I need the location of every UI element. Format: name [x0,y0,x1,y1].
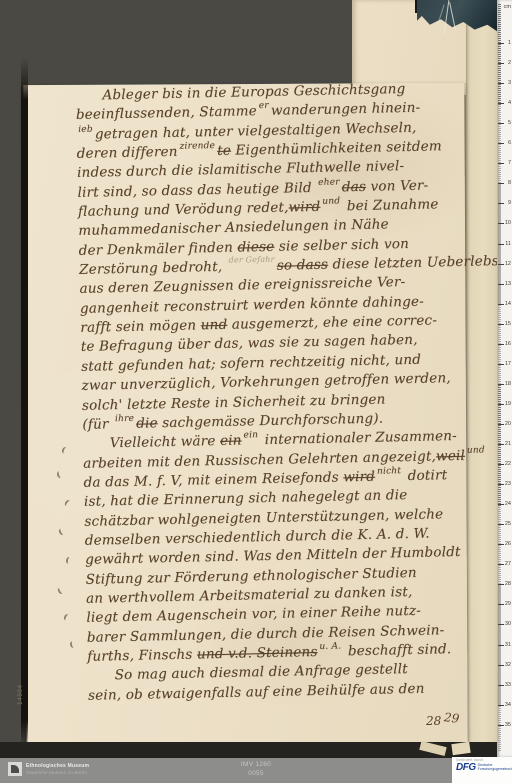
ruler-cm-label: 6 [508,141,511,146]
ruler-cm-tick [498,304,504,305]
ruler-cm-tick [498,504,504,505]
ink-smudge [65,557,72,565]
ruler-cm-tick [498,564,504,565]
ruler-cm-label: 32 [505,663,511,668]
ruler-cm-label: 19 [505,402,511,407]
ruler-cm-label: 33 [505,683,511,688]
ruler-cm-label: 11 [505,242,511,247]
page-left-edge-shadow [21,58,28,748]
archival-scan-viewport: Ableger bis in die Europas Geschichtsgan… [0,0,512,783]
ruler-cm-label: 18 [505,382,511,387]
page-number-current: 28 [426,714,441,728]
ruler-cm-label: 26 [505,542,511,547]
scan-footer-bar: Ethnologisches Museum Staatliche Museen … [0,758,512,783]
ruler-cm-tick [498,665,504,666]
ruler-cm-label: 22 [505,462,511,467]
ruler-cm-label: 12 [505,262,511,267]
ruler-cm-tick [498,203,504,204]
manuscript-page: Ableger bis in die Europas Geschichtsgan… [23,83,467,745]
ruler-cm-tick [498,524,504,525]
ruler-cm-tick [498,324,504,325]
ruler-cm-label: 23 [505,482,511,487]
ruler-cm-label: 29 [505,602,511,607]
ruler-cm-tick [498,705,504,706]
handwritten-text-block: Ableger bis in die Europas Geschichtsgan… [75,79,470,706]
ruler-cm-tick [498,183,504,184]
item-id: IMV 1260 [0,760,512,769]
ruler-cm-label: 30 [505,622,511,627]
ruler-cm-label: 9 [508,201,511,206]
ruler-cm-label: 10 [505,221,511,226]
cm-ruler: cm 1234567891011121314151617181920212223… [497,0,512,757]
ruler-cm-tick [498,384,504,385]
ruler-unit-label: cm [504,4,511,10]
ruler-cm-tick [498,284,504,285]
ruler-cm-label: 14 [505,302,511,307]
scan-page-id: 0055 [0,769,512,778]
dfg-logo: Gefördert durch DFG Deutsche Forschungsg… [452,757,512,783]
ruler-cm-label: 34 [505,703,511,708]
ruler-cm-label: 4 [508,101,511,106]
ruler-cm-tick [498,83,504,84]
ruler-cm-label: 28 [505,582,511,587]
ruler-cm-label: 13 [505,282,511,287]
dfg-name-line2: Forschungsgemeinschaft [478,767,512,771]
ruler-cm-label: 31 [505,643,511,648]
ruler-cm-label: 17 [505,362,511,367]
ruler-cm-label: 2 [508,61,511,66]
ruler-cm-label: 35 [505,723,511,728]
ruler-cm-tick [498,223,504,224]
ruler-cm-tick [498,685,504,686]
ruler-cm-label: 21 [505,442,511,447]
ruler-cm-label: 15 [505,322,511,327]
ruler-cm-label: 16 [505,342,511,347]
ruler-cm-tick [498,464,504,465]
ruler-cm-tick [498,444,504,445]
page-number-next: 29 [443,710,460,726]
ruler-cm-tick [498,264,504,265]
ruler-cm-tick [498,584,504,585]
ruler-cm-label: 5 [508,121,511,126]
ruler-cm-label: 25 [505,522,511,527]
ruler-cm-tick [498,404,504,405]
ruler-cm-tick [498,604,504,605]
ruler-cm-label: 24 [505,502,511,507]
ruler-cm-tick [498,163,504,164]
ruler-cm-tick [498,103,504,104]
ruler-cm-label: 27 [505,562,511,567]
ruler-cm-label: 20 [505,422,511,427]
ruler-cm-tick [498,725,504,726]
ruler-cm-tick [498,344,504,345]
ruler-cm-tick [498,544,504,545]
ruler-cm-tick [498,123,504,124]
ruler-cm-label: 7 [508,161,511,166]
dfg-acronym: DFG [456,763,476,773]
ruler-cm-tick [498,645,504,646]
ruler-cm-tick [498,364,504,365]
ruler-cm-tick [498,43,504,44]
scan-identifiers: IMV 1260 0055 [0,760,512,778]
ruler-cm-label: 3 [508,81,511,86]
ruler-cm-label: 1 [508,41,511,46]
ruler-cm-tick [498,143,504,144]
ruler-cm-label: 8 [508,181,511,186]
ruler-cm-tick [498,244,504,245]
ink-smudge [69,641,76,649]
ruler-cm-tick [498,624,504,625]
ruler-cm-tick [498,424,504,425]
ruler-cm-tick [498,484,504,485]
margin-pencil-number: 14604 [17,665,24,705]
ruler-cm-tick [498,63,504,64]
